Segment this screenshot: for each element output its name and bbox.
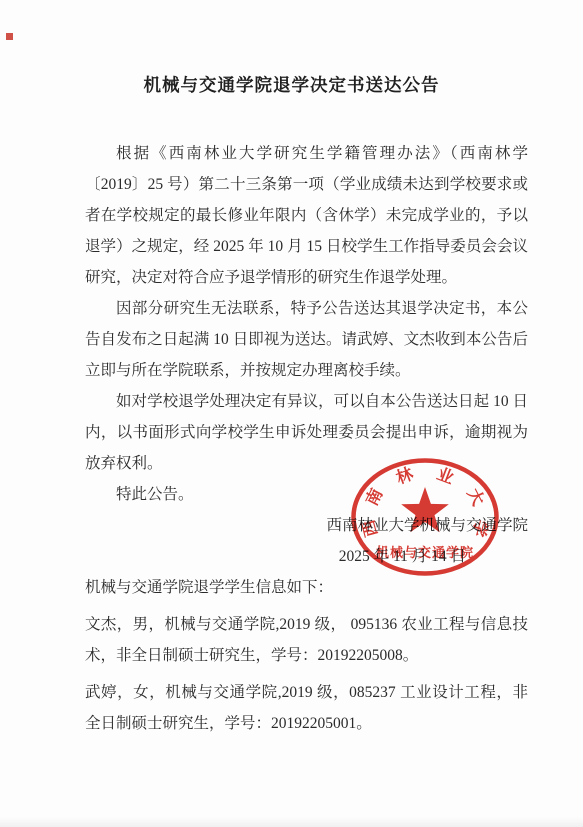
document-title: 机械与交通学院退学决定书送达公告 [0,0,583,97]
student-record: 武婷，女，机械与交通学院,2019 级，085237 工业设计工程，非全日制硕士… [85,677,528,739]
signature-organization: 西南林业大学机械与交通学院 [85,510,528,541]
document-body: 根据《西南林业大学研究生学籍管理办法》（西南林学〔2019〕25 号）第二十三条… [85,138,528,739]
paragraph-appeal: 如对学校退学处理决定有异议，可以自本公告送达日起 10 日内，以书面形式向学校学… [85,386,528,479]
paragraph-basis: 根据《西南林业大学研究生学籍管理办法》（西南林学〔2019〕25 号）第二十三条… [85,138,528,293]
paragraph-delivery: 因部分研究生无法联系，特予公告送达其退学决定书，本公告自发布之日起满 10 日即… [85,293,528,386]
signature-date: 2025 年 11 月 14 日 [85,541,528,572]
document-page: 机械与交通学院退学决定书送达公告 根据《西南林业大学研究生学籍管理办法》（西南林… [0,0,583,827]
student-record: 文杰，男，机械与交通学院,2019 级， 095136 农业工程与信息技术，非全… [85,609,528,671]
paragraph-closing: 特此公告。 [85,479,528,510]
student-info-header: 机械与交通学院退学学生信息如下： [85,572,528,603]
scan-red-mark [6,33,13,40]
